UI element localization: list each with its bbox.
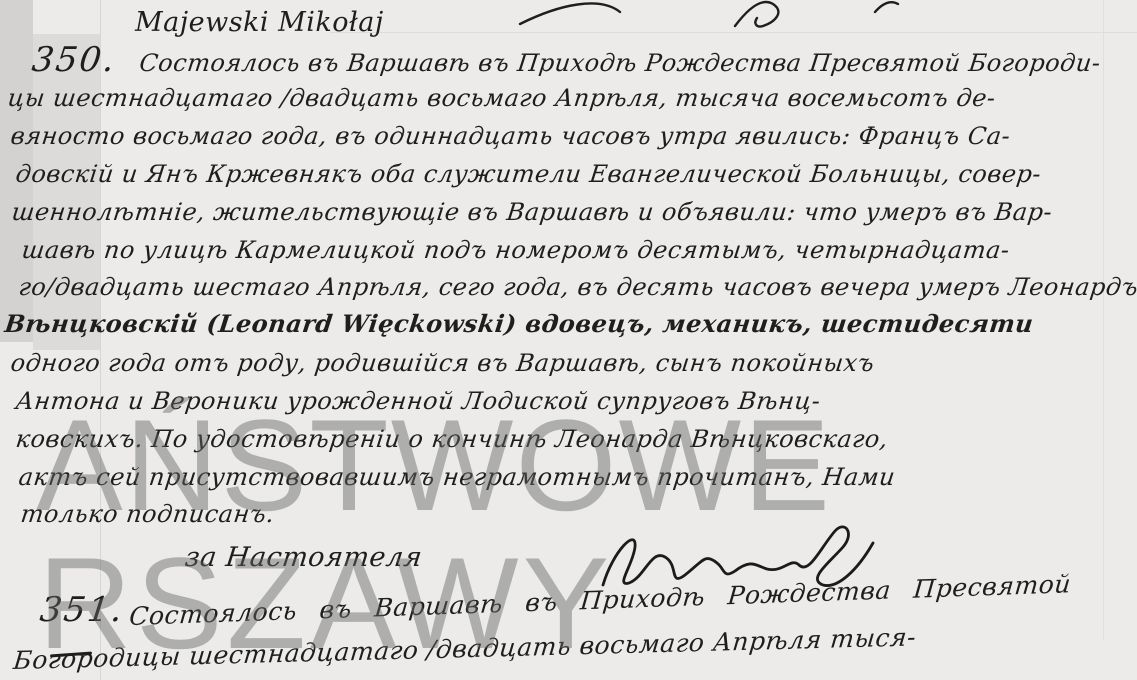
record-350-line-13: только подписанъ. <box>19 499 276 529</box>
header-name: Majewski Mikołaj <box>135 8 384 38</box>
scan-page: Majewski Mikołaj 350.Состоялось въ Варша… <box>0 0 1137 680</box>
page-edge-line <box>1103 0 1104 640</box>
record-number-351: 351. <box>38 590 127 630</box>
faint-rule-line <box>330 32 1137 33</box>
record-number-350: 350. <box>30 40 119 80</box>
record-350-line-12: актъ сей присутствовавшимъ неграмотнымъ … <box>17 462 897 492</box>
record-350-line-10: Антона и Вероники урожденной Лодиской су… <box>14 386 822 416</box>
record-350-line-5: шеннолѣтніе, жительствующіе въ Варшавѣ и… <box>10 197 1054 227</box>
left-margin-light-band <box>33 34 100 350</box>
record-350-line-2: цы шестнадцатаго /двадцать восьмаго Апрѣ… <box>6 83 997 113</box>
record-350-line-6: шавѣ по улицѣ Кармелицкой подъ номеромъ … <box>20 235 1011 265</box>
closing-label: за Настоятеля <box>183 543 424 573</box>
record-350-line-8: Вѣнцковскій (Leonard Więckowski) вдовецъ… <box>3 309 1035 339</box>
record-350-line-11: ковскихъ. По удостовѣреніи о кончинѣ Лео… <box>14 424 890 454</box>
cutoff-pen-strokes <box>505 0 905 28</box>
record-350-line-4: довскій и Янъ Кржевнякъ оба служители Ев… <box>14 159 1043 189</box>
record-350-line-3: вяносто восьмаго года, въ одиннадцать ча… <box>9 121 1012 151</box>
record-350-line-7: го/двадцать шестаго Апрѣля, сего года, в… <box>17 272 1137 302</box>
record-350-line-9: одного года отъ роду, родившійся въ Варш… <box>9 348 876 378</box>
record-350-line-1: Состоялось въ Варшавѣ въ Приходѣ Рождест… <box>138 49 1102 77</box>
